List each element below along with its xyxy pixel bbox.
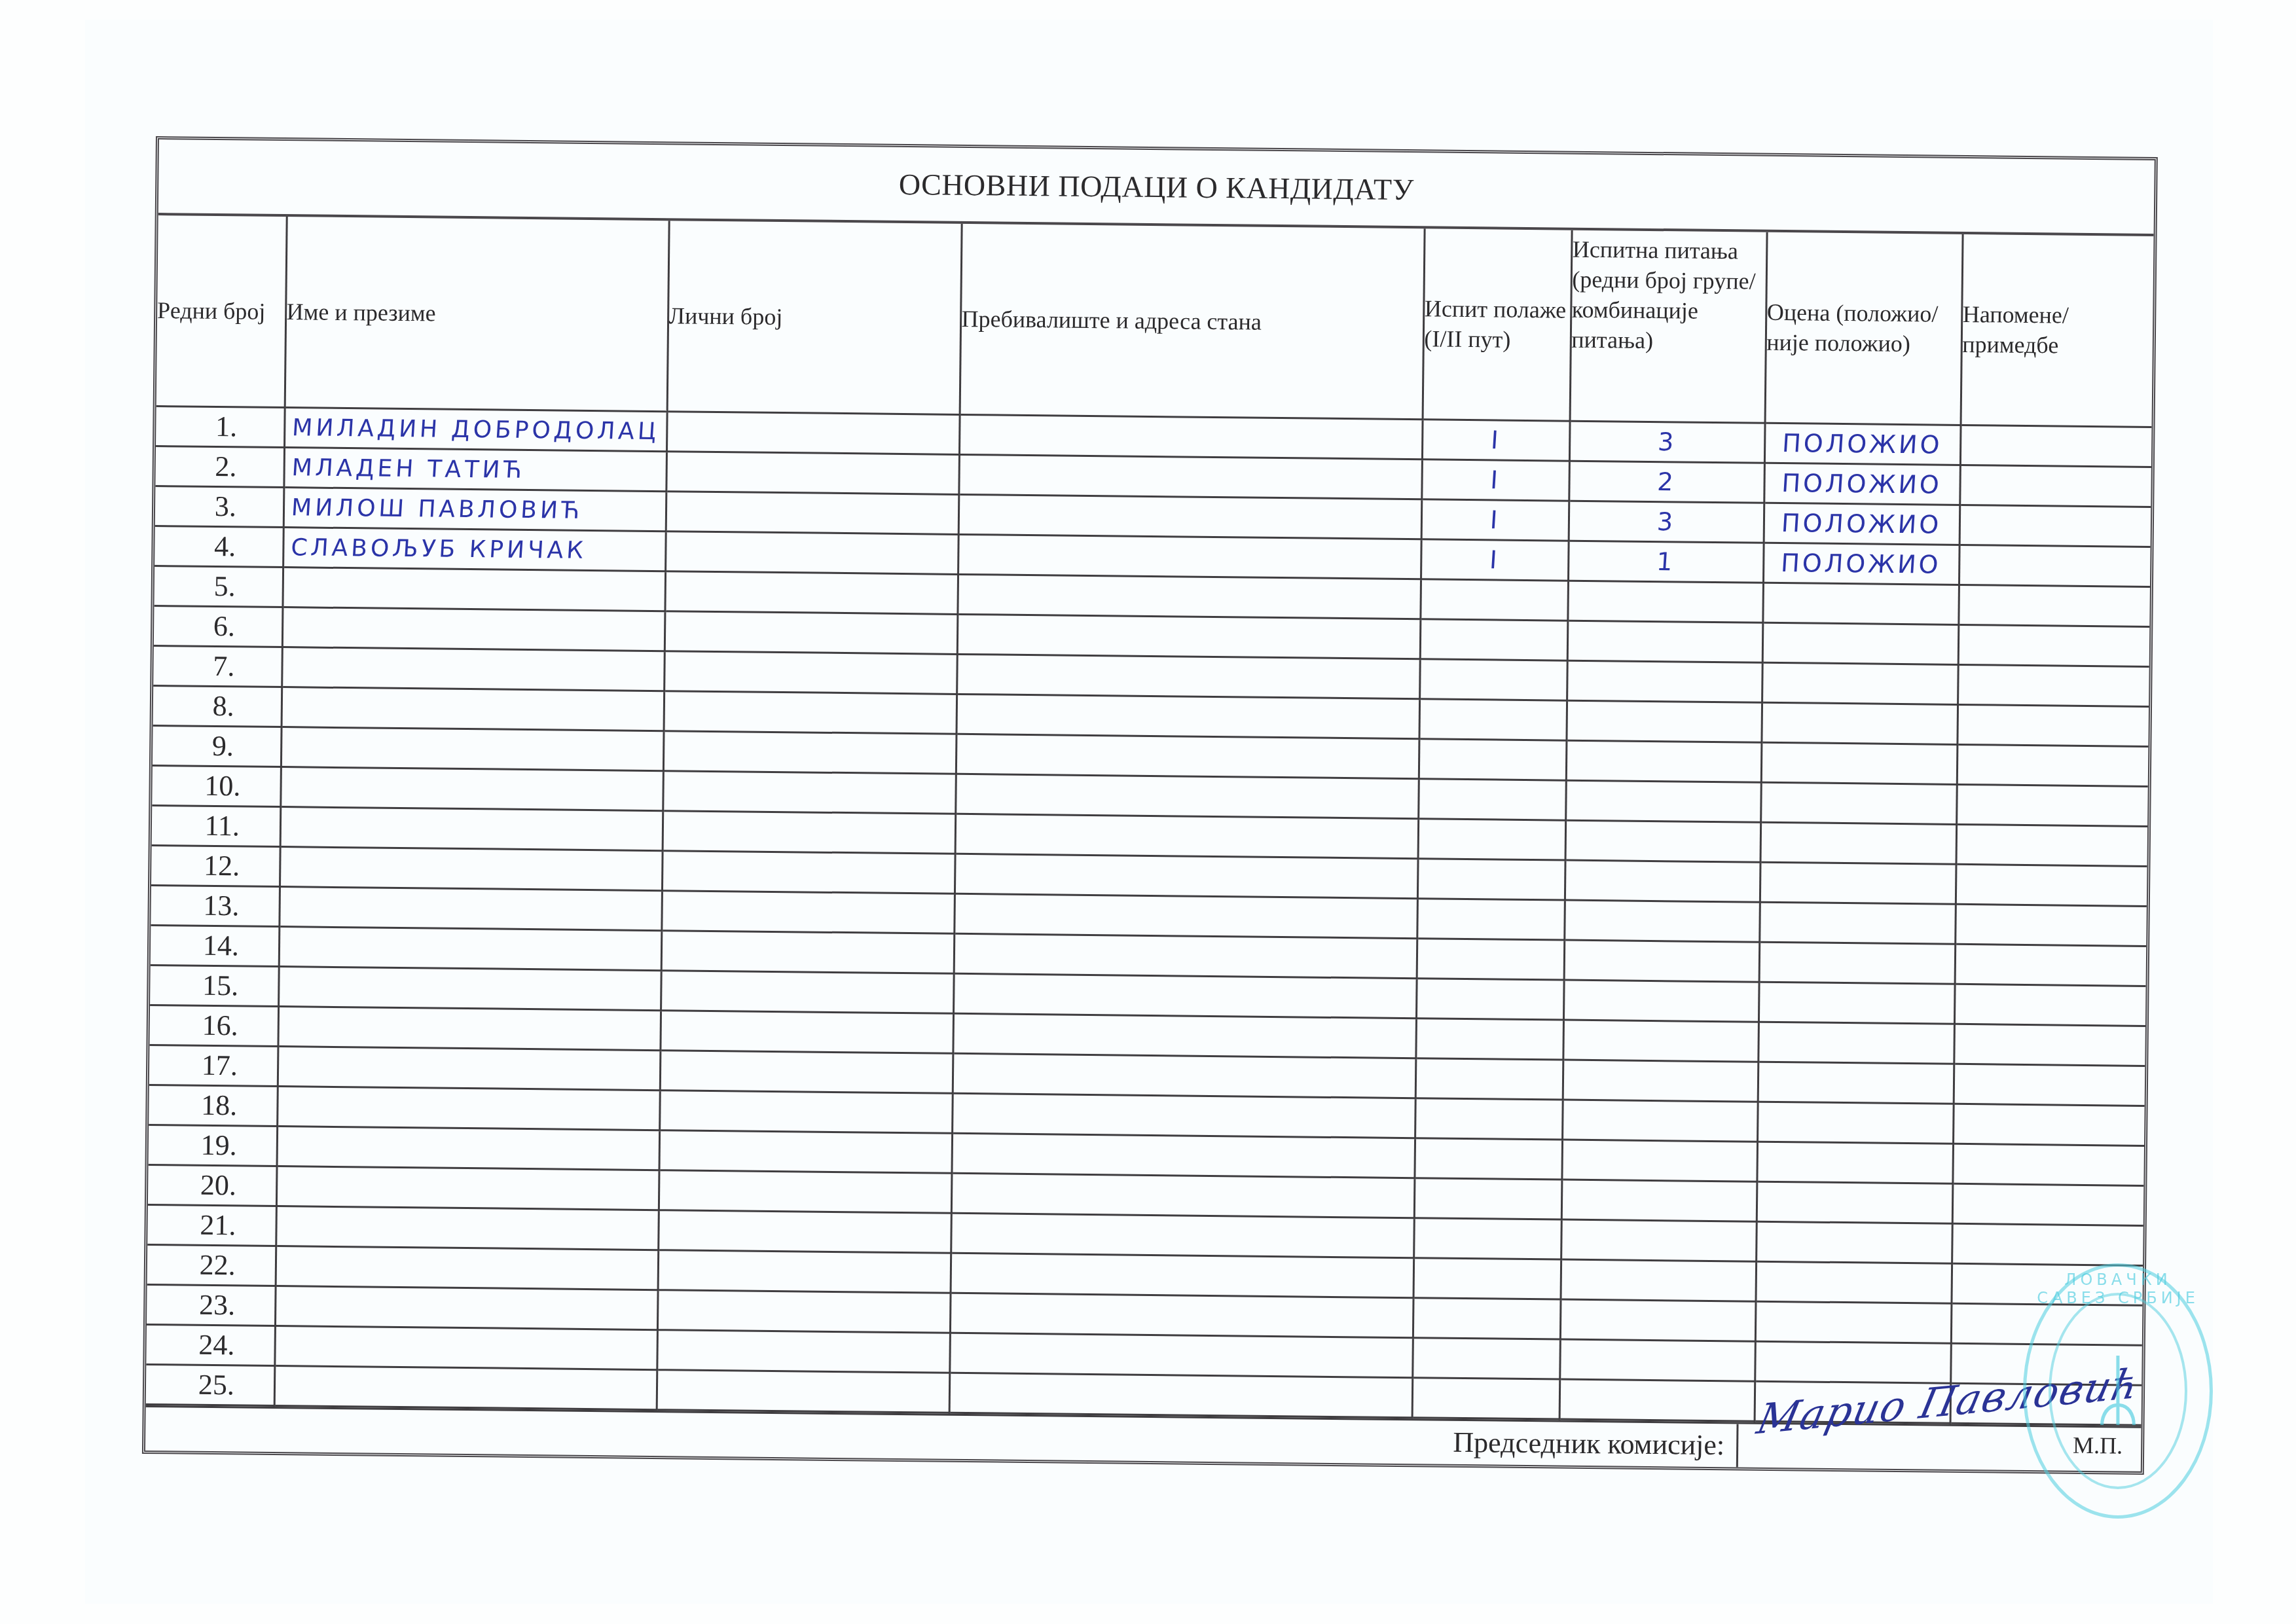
notes-cell[interactable] xyxy=(1952,1144,2144,1185)
name-cell[interactable] xyxy=(278,967,661,1011)
grade-cell[interactable] xyxy=(1758,982,1955,1024)
personal-id-cell[interactable] xyxy=(661,931,955,974)
ordinal-cell: 10. xyxy=(152,765,281,806)
official-stamp: ЛОВАЧКИ САВЕЗ СРБИЈЕ ᛦ xyxy=(2023,1263,2213,1519)
attempt-value: I xyxy=(1489,545,1501,574)
question-group-cell[interactable] xyxy=(1563,1060,1758,1102)
col-header-name: Име и презиме xyxy=(285,217,669,412)
personal-id-cell[interactable] xyxy=(665,611,958,655)
attempt-value: I xyxy=(1489,505,1501,534)
ordinal-cell: 17. xyxy=(149,1045,278,1086)
personal-id-cell[interactable] xyxy=(665,571,958,615)
attempt-cell[interactable] xyxy=(1417,859,1565,900)
personal-id-cell[interactable] xyxy=(657,1370,950,1413)
grade-cell[interactable] xyxy=(1755,1261,1952,1303)
grade-cell[interactable] xyxy=(1761,702,1958,744)
address-cell[interactable] xyxy=(955,854,1418,898)
ordinal-cell: 11. xyxy=(152,805,281,846)
personal-id-cell[interactable] xyxy=(666,492,959,535)
personal-id-cell[interactable] xyxy=(662,851,955,894)
name-cell[interactable]: Милош Павловић xyxy=(283,488,666,532)
attempt-cell[interactable] xyxy=(1413,1258,1561,1299)
address-cell[interactable] xyxy=(951,1213,1414,1257)
col-header-grade: Оцена (положио/ није положио) xyxy=(1765,232,1963,425)
personal-id-cell[interactable] xyxy=(666,452,959,495)
question-group-cell[interactable] xyxy=(1567,621,1763,662)
question-group-cell[interactable]: 3 xyxy=(1569,421,1765,463)
notes-cell[interactable] xyxy=(1960,425,2152,467)
address-cell[interactable] xyxy=(957,574,1421,619)
ordinal-cell: 7. xyxy=(153,646,282,687)
attempt-cell[interactable] xyxy=(1418,819,1566,860)
personal-id-cell[interactable] xyxy=(659,1091,953,1134)
ordinal-cell: 16. xyxy=(149,1005,278,1046)
grade-cell[interactable] xyxy=(1760,782,1957,824)
grade-cell[interactable]: Положио xyxy=(1763,543,1959,585)
col-header-question-group: Испитна питања (редни број групе/ комбин… xyxy=(1570,230,1767,424)
question-group-cell[interactable] xyxy=(1561,1259,1757,1301)
ordinal-cell: 2. xyxy=(155,446,284,488)
question-group-cell[interactable] xyxy=(1561,1180,1757,1221)
name-cell[interactable] xyxy=(276,1166,659,1210)
question-group-cell[interactable]: 1 xyxy=(1568,541,1764,583)
notes-cell[interactable] xyxy=(1959,505,2151,547)
grade-cell[interactable]: Положио xyxy=(1764,463,1960,505)
address-cell[interactable] xyxy=(958,534,1421,579)
attempt-value: I xyxy=(1489,465,1501,494)
grade-cell[interactable]: Положио xyxy=(1764,503,1960,545)
question-group-cell[interactable] xyxy=(1567,660,1762,702)
name-cell[interactable] xyxy=(277,1087,660,1130)
grade-cell[interactable] xyxy=(1762,623,1959,664)
name-cell[interactable]: Славољуб Кричак xyxy=(283,528,666,571)
personal-id-cell[interactable] xyxy=(658,1250,951,1293)
attempt-cell[interactable] xyxy=(1419,739,1567,780)
question-group-cell[interactable]: 2 xyxy=(1569,461,1764,503)
question-group-value: 1 xyxy=(1656,547,1676,576)
question-group-cell[interactable] xyxy=(1563,1020,1758,1062)
attempt-cell[interactable] xyxy=(1413,1218,1561,1259)
personal-id-cell[interactable] xyxy=(660,1051,953,1094)
col-header-ordinal: Редни број xyxy=(156,215,287,408)
grade-cell[interactable] xyxy=(1755,1301,1952,1343)
col-header-attempt: Испит полаже (I/II пут) xyxy=(1423,228,1572,421)
address-cell[interactable] xyxy=(951,1173,1415,1218)
attempt-cell[interactable] xyxy=(1417,899,1565,940)
col-header-notes: Напомене/ примедбе xyxy=(1961,234,2154,427)
ordinal-cell: 9. xyxy=(153,726,282,767)
name-cell[interactable] xyxy=(275,1286,658,1330)
name-value: Славољуб Кричак xyxy=(283,534,587,564)
grade-cell[interactable] xyxy=(1759,902,1956,944)
personal-id-cell[interactable] xyxy=(663,731,957,774)
question-group-value: 3 xyxy=(1657,427,1677,456)
question-group-cell[interactable] xyxy=(1563,980,1759,1022)
candidate-table: Редни број Име и презиме Лични број Преб… xyxy=(146,215,2154,1426)
name-cell[interactable] xyxy=(274,1366,657,1410)
name-value: Милош Павловић xyxy=(283,494,583,524)
attempt-cell[interactable] xyxy=(1412,1378,1560,1419)
grade-value: Положио xyxy=(1780,549,1942,579)
attempt-cell[interactable] xyxy=(1414,1138,1562,1180)
ordinal-cell: 23. xyxy=(147,1284,276,1326)
question-group-value: 2 xyxy=(1656,467,1677,496)
grade-value: Положио xyxy=(1781,509,1942,539)
question-group-cell[interactable] xyxy=(1565,780,1761,822)
question-group-cell[interactable] xyxy=(1561,1140,1757,1182)
grade-cell[interactable] xyxy=(1762,662,1958,704)
personal-id-cell[interactable] xyxy=(663,811,956,854)
notes-cell[interactable] xyxy=(1956,784,2148,826)
notes-cell[interactable] xyxy=(1959,465,2151,507)
table-header-row: Редни број Име и презиме Лични број Преб… xyxy=(156,215,2154,427)
question-group-cell[interactable] xyxy=(1565,820,1761,862)
attempt-cell[interactable]: I xyxy=(1422,420,1570,461)
personal-id-cell[interactable] xyxy=(659,1130,953,1174)
question-group-cell[interactable] xyxy=(1566,740,1762,782)
ordinal-cell: 18. xyxy=(149,1085,278,1126)
attempt-cell[interactable] xyxy=(1414,1178,1562,1219)
name-cell[interactable]: Миладин Добродолац xyxy=(284,408,667,452)
name-cell[interactable] xyxy=(274,1326,657,1370)
address-cell[interactable] xyxy=(958,494,1422,539)
personal-id-cell[interactable] xyxy=(660,1011,953,1054)
question-group-cell[interactable] xyxy=(1567,581,1763,623)
notes-cell[interactable] xyxy=(1956,864,2147,906)
name-cell[interactable] xyxy=(279,887,662,931)
notes-cell[interactable] xyxy=(1956,824,2148,866)
attempt-cell[interactable]: I xyxy=(1421,460,1569,501)
table-body: 1.Миладин ДобродолацI3Положио2.Младен Та… xyxy=(146,406,2152,1426)
ordinal-cell: 14. xyxy=(151,925,280,966)
ordinal-cell: 5. xyxy=(154,566,283,607)
notes-cell[interactable] xyxy=(1952,1223,2143,1265)
notes-cell[interactable] xyxy=(1955,904,2147,946)
name-cell[interactable] xyxy=(280,847,663,891)
ordinal-cell: 4. xyxy=(155,526,283,568)
ordinal-cell: 20. xyxy=(148,1164,277,1206)
personal-id-cell[interactable] xyxy=(664,691,957,734)
question-group-cell[interactable] xyxy=(1561,1219,1757,1261)
grade-cell[interactable] xyxy=(1759,942,1956,984)
grade-value: Положио xyxy=(1781,429,1943,460)
address-cell[interactable] xyxy=(950,1293,1413,1337)
grade-cell[interactable] xyxy=(1761,742,1958,784)
name-cell[interactable]: Младен Татић xyxy=(283,448,666,492)
question-group-cell[interactable] xyxy=(1564,900,1760,942)
attempt-cell[interactable] xyxy=(1412,1338,1560,1379)
address-cell[interactable] xyxy=(953,973,1417,1018)
notes-cell[interactable] xyxy=(1957,704,2149,746)
name-value: Миладин Добродолац xyxy=(285,414,660,445)
question-group-value: 3 xyxy=(1656,507,1676,536)
grade-cell[interactable] xyxy=(1757,1142,1953,1183)
ordinal-cell: 21. xyxy=(147,1204,276,1246)
name-cell[interactable] xyxy=(280,767,663,811)
address-cell[interactable] xyxy=(955,814,1419,858)
personal-id-cell[interactable] xyxy=(658,1210,951,1254)
name-cell[interactable] xyxy=(277,1127,660,1170)
address-cell[interactable] xyxy=(951,1253,1414,1297)
grade-cell[interactable] xyxy=(1758,1062,1954,1104)
ordinal-cell: 22. xyxy=(147,1244,276,1286)
attempt-cell[interactable] xyxy=(1417,939,1565,980)
name-cell[interactable] xyxy=(279,927,662,971)
ordinal-cell: 8. xyxy=(153,686,282,727)
personal-id-cell[interactable] xyxy=(657,1330,950,1373)
name-cell[interactable] xyxy=(278,1047,661,1091)
attempt-cell[interactable] xyxy=(1415,1058,1563,1100)
address-cell[interactable] xyxy=(954,893,1417,938)
deer-head-icon: ᛦ xyxy=(2094,1352,2141,1430)
address-cell[interactable] xyxy=(958,454,1422,499)
notes-cell[interactable] xyxy=(1958,585,2150,626)
notes-cell[interactable] xyxy=(1952,1183,2144,1225)
name-cell[interactable] xyxy=(280,807,663,851)
personal-id-cell[interactable] xyxy=(661,971,954,1014)
attempt-cell[interactable] xyxy=(1415,1019,1563,1060)
ordinal-cell: 15. xyxy=(150,965,279,1006)
attempt-cell[interactable] xyxy=(1418,779,1566,820)
attempt-cell[interactable] xyxy=(1416,979,1564,1020)
name-cell[interactable] xyxy=(281,727,664,771)
grade-cell[interactable] xyxy=(1757,1182,1953,1223)
question-group-cell[interactable] xyxy=(1566,700,1762,742)
candidate-data-form: ОСНОВНИ ПОДАЦИ О КАНДИДАТУ Редни број Им… xyxy=(142,136,2158,1475)
address-cell[interactable] xyxy=(957,694,1420,738)
name-cell[interactable] xyxy=(276,1206,659,1250)
notes-cell[interactable] xyxy=(1958,624,2150,666)
personal-id-cell[interactable] xyxy=(664,651,957,695)
col-header-personal-id: Лични број xyxy=(667,221,962,414)
grade-cell[interactable] xyxy=(1757,1102,1954,1144)
question-group-cell[interactable] xyxy=(1560,1299,1756,1341)
question-group-cell[interactable]: 3 xyxy=(1569,501,1764,543)
ordinal-cell: 6. xyxy=(154,606,283,647)
notes-cell[interactable] xyxy=(1953,1104,2145,1146)
notes-cell[interactable] xyxy=(1955,944,2147,986)
attempt-cell[interactable]: I xyxy=(1421,539,1569,581)
ordinal-cell: 25. xyxy=(146,1364,275,1405)
name-cell[interactable] xyxy=(282,607,665,651)
attempt-cell[interactable] xyxy=(1419,659,1567,700)
attempt-cell[interactable]: I xyxy=(1421,499,1569,541)
attempt-cell[interactable] xyxy=(1420,579,1568,621)
attempt-cell[interactable] xyxy=(1419,699,1567,740)
name-cell[interactable] xyxy=(278,1007,661,1051)
attempt-cell[interactable] xyxy=(1415,1098,1563,1140)
notes-cell[interactable] xyxy=(1957,744,2149,786)
name-cell[interactable] xyxy=(282,647,665,691)
grade-cell[interactable] xyxy=(1760,822,1957,864)
personal-id-cell[interactable] xyxy=(661,891,955,934)
notes-cell[interactable] xyxy=(1954,984,2146,1026)
question-group-cell[interactable] xyxy=(1559,1379,1755,1421)
attempt-cell[interactable] xyxy=(1420,619,1568,660)
attempt-cell[interactable] xyxy=(1413,1298,1561,1339)
personal-id-cell[interactable] xyxy=(659,1170,952,1214)
name-value: Младен Татић xyxy=(284,454,526,484)
question-group-cell[interactable] xyxy=(1565,860,1760,902)
name-cell[interactable] xyxy=(282,568,665,611)
personal-id-cell[interactable] xyxy=(665,532,958,575)
address-cell[interactable] xyxy=(959,414,1423,459)
question-group-cell[interactable] xyxy=(1562,1100,1758,1142)
notes-cell[interactable] xyxy=(1954,1064,2145,1106)
ordinal-cell: 13. xyxy=(151,885,280,926)
personal-id-cell[interactable] xyxy=(663,771,956,814)
grade-cell[interactable] xyxy=(1755,1341,1951,1383)
grade-cell[interactable] xyxy=(1756,1221,1952,1263)
notes-cell[interactable] xyxy=(1958,664,2149,706)
address-cell[interactable] xyxy=(954,933,1417,978)
address-cell[interactable] xyxy=(953,1053,1416,1098)
question-group-cell[interactable] xyxy=(1564,940,1760,982)
address-cell[interactable] xyxy=(949,1373,1413,1417)
name-cell[interactable] xyxy=(276,1246,659,1290)
address-cell[interactable] xyxy=(952,1093,1415,1138)
question-group-cell[interactable] xyxy=(1559,1339,1755,1381)
grade-cell[interactable] xyxy=(1762,583,1959,624)
ordinal-cell: 12. xyxy=(151,845,280,886)
address-cell[interactable] xyxy=(951,1133,1415,1178)
personal-id-cell[interactable] xyxy=(666,412,960,455)
ordinal-cell: 3. xyxy=(155,486,284,528)
personal-id-cell[interactable] xyxy=(657,1290,951,1333)
address-cell[interactable] xyxy=(957,614,1421,659)
grade-cell[interactable] xyxy=(1760,862,1956,904)
ordinal-cell: 19. xyxy=(149,1125,278,1166)
grade-value: Положио xyxy=(1781,469,1943,499)
address-cell[interactable] xyxy=(955,774,1419,818)
col-header-address: Пребивалиште и адреса стана xyxy=(960,224,1425,420)
notes-cell[interactable] xyxy=(1959,545,2151,586)
grade-cell[interactable]: Положио xyxy=(1764,423,1961,465)
ordinal-cell: 24. xyxy=(146,1324,275,1365)
grade-cell[interactable] xyxy=(1758,1022,1954,1064)
name-cell[interactable] xyxy=(282,687,665,731)
address-cell[interactable] xyxy=(956,734,1419,778)
address-cell[interactable] xyxy=(957,654,1420,698)
ordinal-cell: 1. xyxy=(156,406,285,448)
attempt-value: I xyxy=(1490,425,1502,454)
notes-cell[interactable] xyxy=(1954,1024,2145,1066)
address-cell[interactable] xyxy=(949,1333,1413,1377)
address-cell[interactable] xyxy=(953,1013,1416,1058)
